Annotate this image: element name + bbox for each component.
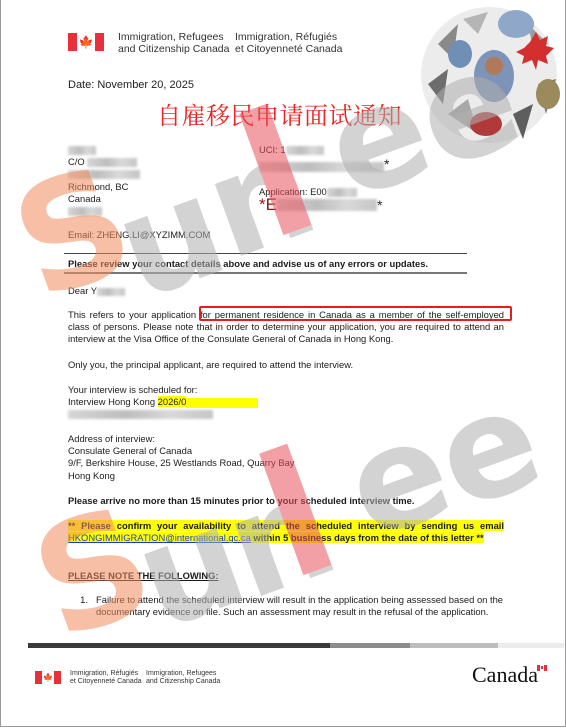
confirmation-request: ** Please confirm your availability to a… [68, 520, 504, 544]
interview-schedule: Your interview is scheduled for: Intervi… [68, 384, 258, 421]
file-identifiers: UCI: 1 * Application: E00 *E* [259, 144, 459, 211]
note-item: 1. Failure to attend the scheduled inter… [68, 594, 508, 618]
redacted-surname [97, 288, 125, 296]
footer-bar-segment [498, 643, 564, 648]
canada-flag-icon: 🍁 [68, 33, 104, 51]
footer-bar-segment [28, 643, 330, 648]
review-notice: Please review your contact details above… [68, 258, 428, 270]
letter-date: Date: November 20, 2025 [68, 79, 194, 91]
footer-bar-segment [330, 643, 410, 648]
recipient-email: Email: ZHENG.LI@XYZIMM.COM [68, 229, 258, 241]
redacted-postal [68, 207, 102, 216]
redacted-uci [286, 146, 324, 155]
redacted-barcode-2 [277, 199, 377, 211]
footer-department-en: Immigration, Refugees and Citizenship Ca… [146, 670, 220, 686]
arrival-note: Please arrive no more than 15 minutes pr… [68, 495, 414, 507]
chinese-title: 自雇移民申请面试通知 [157, 96, 402, 131]
footer-department-fr: Immigration, Réfugiés et Citoyenneté Can… [70, 670, 142, 686]
salutation: Dear Y [68, 285, 125, 297]
consulate-email-link[interactable]: HKONGIMMIGRATION@international.gc.ca [68, 532, 251, 543]
canada-wordmark: Canada [472, 662, 538, 688]
footer-bar-segment [410, 643, 498, 648]
redacted-time [68, 410, 213, 419]
notes-heading: PLEASE NOTE THE FOLLOWING: [68, 570, 219, 582]
canada-flag-icon: 🍁 [35, 671, 61, 684]
wordmark-flag-icon [537, 665, 547, 671]
people-collage-image [418, 4, 560, 146]
redacted-application [327, 188, 357, 197]
redacted-text [87, 158, 137, 167]
divider [64, 253, 467, 254]
redacted-name [68, 146, 96, 155]
recipient-address: C/O Richmond, BC Canada Email: ZHENG.LI@… [68, 144, 258, 241]
redacted-barcode [259, 162, 384, 172]
interview-address: Address of interview: Consulate General … [68, 433, 295, 482]
paragraph-principal: Only you, the principal applicant, are r… [68, 359, 353, 371]
annotation-box [199, 306, 512, 321]
redacted-date [186, 398, 258, 408]
redacted-street [68, 170, 140, 179]
divider [64, 272, 467, 274]
department-name-fr: Immigration, Réfugiés et Citoyenneté Can… [235, 31, 342, 55]
department-name-en: Immigration, Refugees and Citizenship Ca… [118, 31, 230, 55]
notes-list: 1. Failure to attend the scheduled inter… [68, 594, 508, 618]
